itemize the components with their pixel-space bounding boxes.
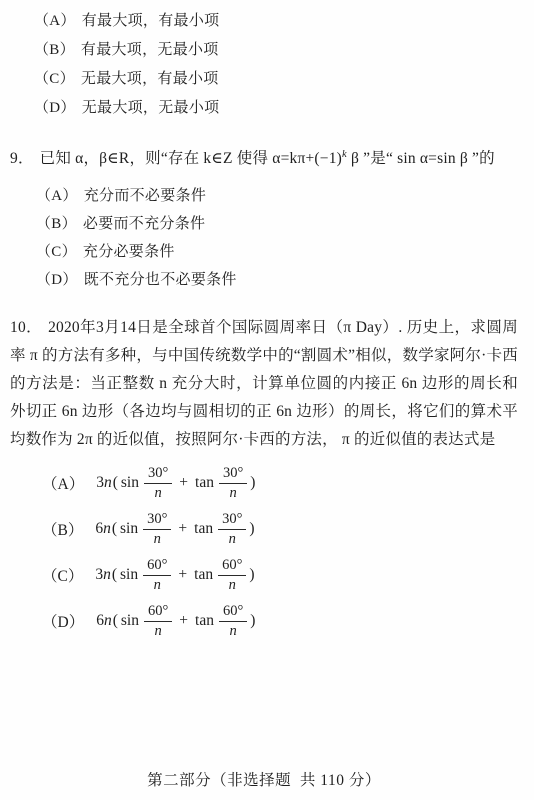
q8-option-c: （C） 无最大项，有最小项 bbox=[34, 63, 518, 92]
fraction-denominator: n bbox=[155, 484, 162, 502]
question-10-stem-text: 2020年3月14日是全球首个国际圆周率日（π Day）. 历史上，求圆周率 π… bbox=[10, 319, 518, 448]
coefficient: 6 bbox=[95, 520, 103, 538]
option-text: 有最大项，有最小项 bbox=[82, 9, 220, 30]
option-label: （C） bbox=[42, 564, 83, 586]
q10-option-b: （B） 6 n ( sin 30° n + tan 30° n ) bbox=[42, 506, 518, 552]
q8-option-a: （A） 有最大项，有最小项 bbox=[34, 5, 518, 34]
tan-function: tan bbox=[194, 566, 213, 584]
option-label: （C） bbox=[36, 240, 77, 261]
option-text: 充分必要条件 bbox=[83, 240, 175, 261]
plus-sign: + bbox=[179, 474, 188, 492]
fraction-numerator: 60° bbox=[218, 557, 246, 576]
question-9-options: （A） 充分而不必要条件 （B） 必要而不充分条件 （C） 充分必要条件 （D）… bbox=[36, 180, 518, 292]
variable-n: n bbox=[104, 612, 112, 630]
option-label: （B） bbox=[42, 518, 83, 540]
coefficient: 3 bbox=[95, 566, 103, 584]
fraction: 30° n bbox=[219, 465, 247, 501]
fraction-denominator: n bbox=[154, 576, 161, 594]
fraction-numerator: 60° bbox=[219, 603, 247, 622]
option-label: （B） bbox=[34, 38, 75, 59]
sin-function: sin bbox=[121, 474, 139, 492]
q10-option-c: （C） 3 n ( sin 60° n + tan 60° n ) bbox=[42, 552, 518, 598]
sin-function: sin bbox=[120, 566, 138, 584]
option-label: （A） bbox=[42, 472, 84, 494]
fraction: 30° n bbox=[218, 511, 246, 547]
option-text: 既不充分也不必要条件 bbox=[84, 268, 237, 289]
coefficient: 3 bbox=[96, 474, 104, 492]
q10-option-d: （D） 6 n ( sin 60° n + tan 60° n ) bbox=[42, 598, 518, 644]
fraction-denominator: n bbox=[229, 576, 236, 594]
part-two-heading: 第二部分（非选择题 共 110 分） bbox=[10, 768, 518, 790]
fraction: 60° n bbox=[218, 557, 246, 593]
option-label: （A） bbox=[34, 9, 76, 30]
question-9-stem-suffix: β ”是“ sin α=sin β ”的 bbox=[347, 150, 495, 167]
open-paren: ( bbox=[113, 474, 118, 492]
fraction: 30° n bbox=[143, 511, 171, 547]
sin-function: sin bbox=[121, 612, 139, 630]
question-10-stem: 10．2020年3月14日是全球首个国际圆周率日（π Day）. 历史上，求圆周… bbox=[10, 314, 518, 454]
fraction-numerator: 60° bbox=[143, 557, 171, 576]
q10-option-a: （A） 3 n ( sin 30° n + tan 30° n ) bbox=[42, 460, 518, 506]
fraction-numerator: 30° bbox=[218, 511, 246, 530]
variable-n: n bbox=[103, 520, 111, 538]
q8-option-b: （B） 有最大项，无最小项 bbox=[34, 34, 518, 63]
fraction-denominator: n bbox=[229, 530, 236, 548]
option-text: 无最大项，无最小项 bbox=[82, 96, 220, 117]
variable-n: n bbox=[103, 566, 111, 584]
fraction-denominator: n bbox=[230, 484, 237, 502]
option-label: （A） bbox=[36, 184, 78, 205]
question-9-number: 9． bbox=[10, 150, 34, 167]
question-9: 9．已知 α，β∈R，则“存在 k∈Z 使得 α=kπ+(−1)k β ”是“ … bbox=[10, 145, 518, 292]
option-label: （C） bbox=[34, 67, 75, 88]
question-10-options: （A） 3 n ( sin 30° n + tan 30° n ) （B） bbox=[10, 460, 518, 644]
q9-option-d: （D） 既不充分也不必要条件 bbox=[36, 264, 518, 292]
close-paren: ) bbox=[249, 566, 254, 584]
q9-option-a: （A） 充分而不必要条件 bbox=[36, 180, 518, 208]
fraction-denominator: n bbox=[155, 622, 162, 640]
option-text: 必要而不充分条件 bbox=[83, 212, 205, 233]
option-label: （B） bbox=[36, 212, 77, 233]
q8-option-d: （D） 无最大项，无最小项 bbox=[34, 92, 518, 121]
fraction: 60° n bbox=[219, 603, 247, 639]
option-label: （D） bbox=[36, 268, 78, 289]
open-paren: ( bbox=[112, 520, 117, 538]
question-9-stem: 9．已知 α，β∈R，则“存在 k∈Z 使得 α=kπ+(−1)k β ”是“ … bbox=[10, 145, 518, 173]
close-paren: ) bbox=[250, 474, 255, 492]
plus-sign: + bbox=[179, 612, 188, 630]
question-10-number: 10． bbox=[10, 319, 42, 336]
plus-sign: + bbox=[178, 520, 187, 538]
fraction-numerator: 30° bbox=[219, 465, 247, 484]
close-paren: ) bbox=[249, 520, 254, 538]
option-text: 有最大项，无最小项 bbox=[81, 38, 219, 59]
open-paren: ( bbox=[112, 566, 117, 584]
question-9-stem-prefix: 已知 α，β∈R，则“存在 k∈Z 使得 α=kπ+(−1) bbox=[40, 150, 342, 167]
plus-sign: + bbox=[178, 566, 187, 584]
option-text: 无最大项，有最小项 bbox=[81, 67, 219, 88]
option-text: 充分而不必要条件 bbox=[84, 184, 206, 205]
fraction: 60° n bbox=[143, 557, 171, 593]
fraction: 60° n bbox=[144, 603, 172, 639]
fraction-denominator: n bbox=[230, 622, 237, 640]
question-8-options: （A） 有最大项，有最小项 （B） 有最大项，无最小项 （C） 无最大项，有最小… bbox=[34, 5, 518, 121]
sin-function: sin bbox=[120, 520, 138, 538]
fraction-denominator: n bbox=[154, 530, 161, 548]
exam-page: （A） 有最大项，有最小项 （B） 有最大项，无最小项 （C） 无最大项，有最小… bbox=[0, 0, 534, 800]
question-10: 10．2020年3月14日是全球首个国际圆周率日（π Day）. 历史上，求圆周… bbox=[10, 314, 518, 644]
q9-option-b: （B） 必要而不充分条件 bbox=[36, 208, 518, 236]
variable-n: n bbox=[104, 474, 112, 492]
coefficient: 6 bbox=[96, 612, 104, 630]
option-label: （D） bbox=[34, 96, 76, 117]
tan-function: tan bbox=[195, 474, 214, 492]
fraction: 30° n bbox=[144, 465, 172, 501]
option-label: （D） bbox=[42, 610, 84, 632]
open-paren: ( bbox=[113, 612, 118, 630]
fraction-numerator: 30° bbox=[143, 511, 171, 530]
fraction-numerator: 30° bbox=[144, 465, 172, 484]
tan-function: tan bbox=[195, 612, 214, 630]
tan-function: tan bbox=[194, 520, 213, 538]
fraction-numerator: 60° bbox=[144, 603, 172, 622]
close-paren: ) bbox=[250, 612, 255, 630]
q9-option-c: （C） 充分必要条件 bbox=[36, 236, 518, 264]
